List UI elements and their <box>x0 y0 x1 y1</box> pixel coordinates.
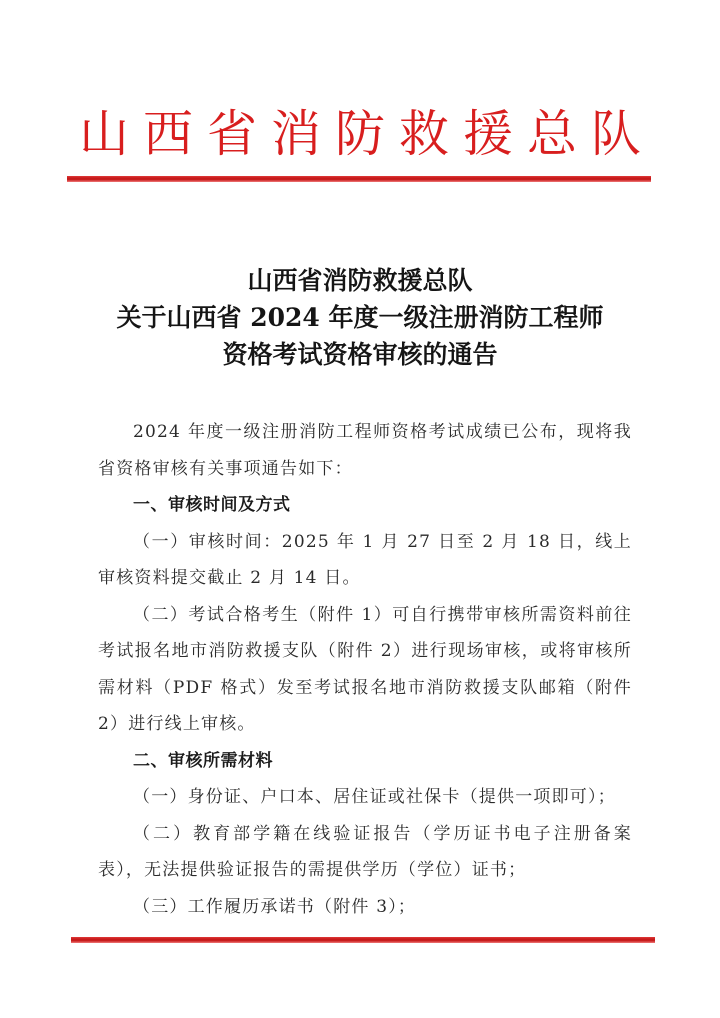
section-2-item-3: （三）工作履历承诺书（附件 3）； <box>98 889 632 926</box>
footer-divider <box>71 937 655 943</box>
section-1-item-2: （二）考试合格考生（附件 1）可自行携带审核所需资料前往考试报名地市消防救援支队… <box>98 597 632 743</box>
masthead-organization: 山西省消防救援总队 <box>0 103 720 165</box>
document-body: 2024 年度一级注册消防工程师资格考试成绩已公布，现将我省资格审核有关事项通告… <box>98 414 632 925</box>
section-1-item-1: （一）审核时间：2025 年 1 月 27 日至 2 月 18 日，线上审核资料… <box>98 524 632 597</box>
document-title: 山西省消防救援总队 关于山西省 2024 年度一级注册消防工程师 资格考试资格审… <box>0 262 720 373</box>
section-2-item-1: （一）身份证、户口本、居住证或社保卡（提供一项即可）； <box>98 779 632 816</box>
title-line-3: 资格考试资格审核的通告 <box>0 336 720 373</box>
title-line-2: 关于山西省 2024 年度一级注册消防工程师 <box>0 299 720 336</box>
masthead-divider <box>67 176 651 182</box>
section-heading-2: 二、审核所需材料 <box>98 743 632 780</box>
section-2-item-2: （二）教育部学籍在线验证报告（学历证书电子注册备案表），无法提供验证报告的需提供… <box>98 816 632 889</box>
intro-paragraph: 2024 年度一级注册消防工程师资格考试成绩已公布，现将我省资格审核有关事项通告… <box>98 414 632 487</box>
section-heading-1: 一、审核时间及方式 <box>98 487 632 524</box>
title-line-1: 山西省消防救援总队 <box>0 262 720 299</box>
